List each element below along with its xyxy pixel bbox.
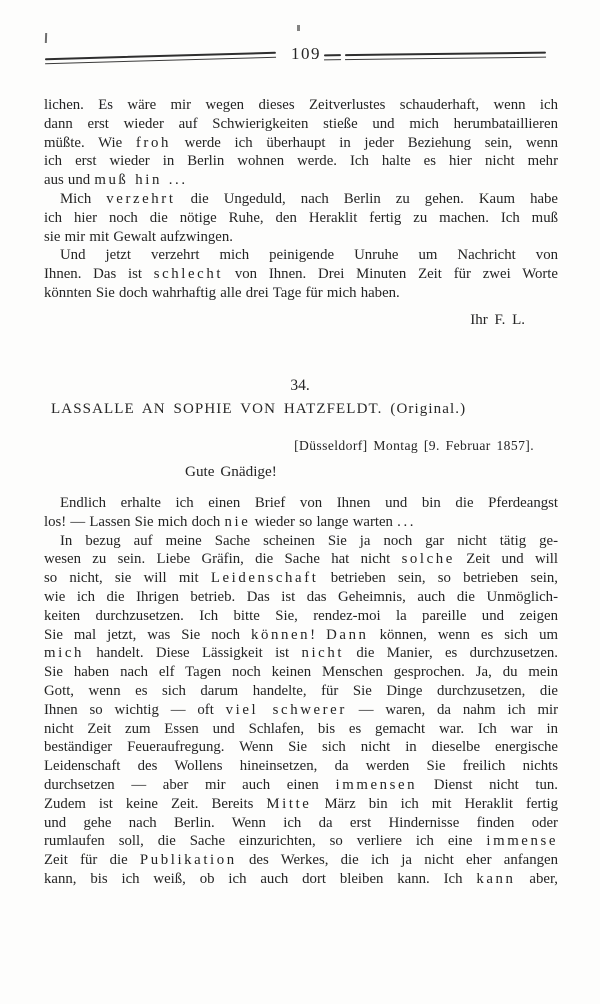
- text-line: kann, bis ich weiß, ob ich auch dort ble…: [44, 870, 558, 889]
- text-line: mich handelt. Diese Lässigkeit ist nicht…: [44, 644, 558, 663]
- text-line: Endlich erhalte ich einen Brief von Ihne…: [44, 494, 558, 513]
- text-line: ich hier noch die nötige Ruhe, den Herak…: [44, 209, 558, 228]
- text-line: Sie haben nach elf Tagen noch keinen Men…: [44, 663, 558, 682]
- header-rule-left: [45, 52, 276, 64]
- text-line: Gott, wenn es sich darum handelte, für S…: [44, 682, 558, 701]
- letter-33-signature: Ihr F. L.: [44, 312, 558, 329]
- text-line: wesen zu sein. Liebe Gräfin, die Sache h…: [44, 550, 558, 569]
- letter-33-continuation-body: lichen. Es wäre mir wegen dieses Zeitver…: [44, 96, 558, 303]
- text-line: müßte. Wie froh werde ich überhaupt in j…: [44, 134, 558, 153]
- letter-34-dateline: [Düsseldorf] Montag [9. Februar 1857].: [44, 438, 558, 454]
- text-line: Zudem ist keine Zeit. Bereits Mitte März…: [44, 795, 558, 814]
- text-line: wie ich die Ihrigen betrieb. Das ist das…: [44, 588, 558, 607]
- text-line: nicht Zeit zum Essen und Schlafen, bis e…: [44, 720, 558, 739]
- text-line: könnten Sie doch wahrhaftig alle drei Ta…: [44, 284, 558, 303]
- header-rule-right: [324, 52, 546, 60]
- scan-artifact-tick: [45, 33, 47, 43]
- text-line: Und jetzt verzehrt mich peinigende Unruh…: [44, 246, 558, 265]
- text-line: Ihnen so wichtig — oft viel schwerer — w…: [44, 701, 558, 720]
- letter-34-salutation: Gute Gnädige!: [185, 463, 277, 481]
- text-line: los! — Lassen Sie mich doch nie wieder s…: [44, 513, 558, 532]
- text-line: so nicht, sie will mit Leidenschaft betr…: [44, 569, 558, 588]
- text-line: Ihnen. Das ist schlecht von Ihnen. Drei …: [44, 265, 558, 284]
- text-line: Leidenschaft des Wollens hineinsetzen, d…: [44, 757, 558, 776]
- text-line: beständiger Feueraufregung. Wenn Sie sic…: [44, 738, 558, 757]
- scan-artifact-speck: [297, 25, 300, 31]
- letter-34-number: 34.: [0, 377, 600, 395]
- text-line: durchsetzen — aber mir auch einen immens…: [44, 776, 558, 795]
- letter-34-title: LASSALLE AN SOPHIE VON HATZFELDT. (Origi…: [51, 401, 571, 418]
- text-line: aus und muß hin ...: [44, 171, 558, 190]
- text-line: rumlaufen soll, die Sache einzurichten, …: [44, 832, 558, 851]
- text-line: In bezug auf meine Sache scheinen Sie ja…: [44, 532, 558, 551]
- text-line: und gehe nach Berlin. Wenn ich da erst H…: [44, 814, 558, 833]
- text-line: Zeit für die Publikation des Werkes, die…: [44, 851, 558, 870]
- text-line: Sie mal jetzt, was Sie noch können! Dann…: [44, 626, 558, 645]
- text-line: dann erst wieder auf Schwierigkeiten sti…: [44, 115, 558, 134]
- text-line: lichen. Es wäre mir wegen dieses Zeitver…: [44, 96, 558, 115]
- text-line: keiten durchzusetzen. Ich bitte Sie, ren…: [44, 607, 558, 626]
- book-page: 109 lichen. Es wäre mir wegen dieses Zei…: [0, 0, 600, 1004]
- text-line: sie mir mit Gewalt aufzwingen.: [44, 228, 558, 247]
- letter-34-body: Endlich erhalte ich einen Brief von Ihne…: [44, 494, 558, 889]
- text-line: ich erst wieder in Berlin wohnen werde. …: [44, 152, 558, 171]
- text-line: Mich verzehrt die Ungeduld, nach Berlin …: [44, 190, 558, 209]
